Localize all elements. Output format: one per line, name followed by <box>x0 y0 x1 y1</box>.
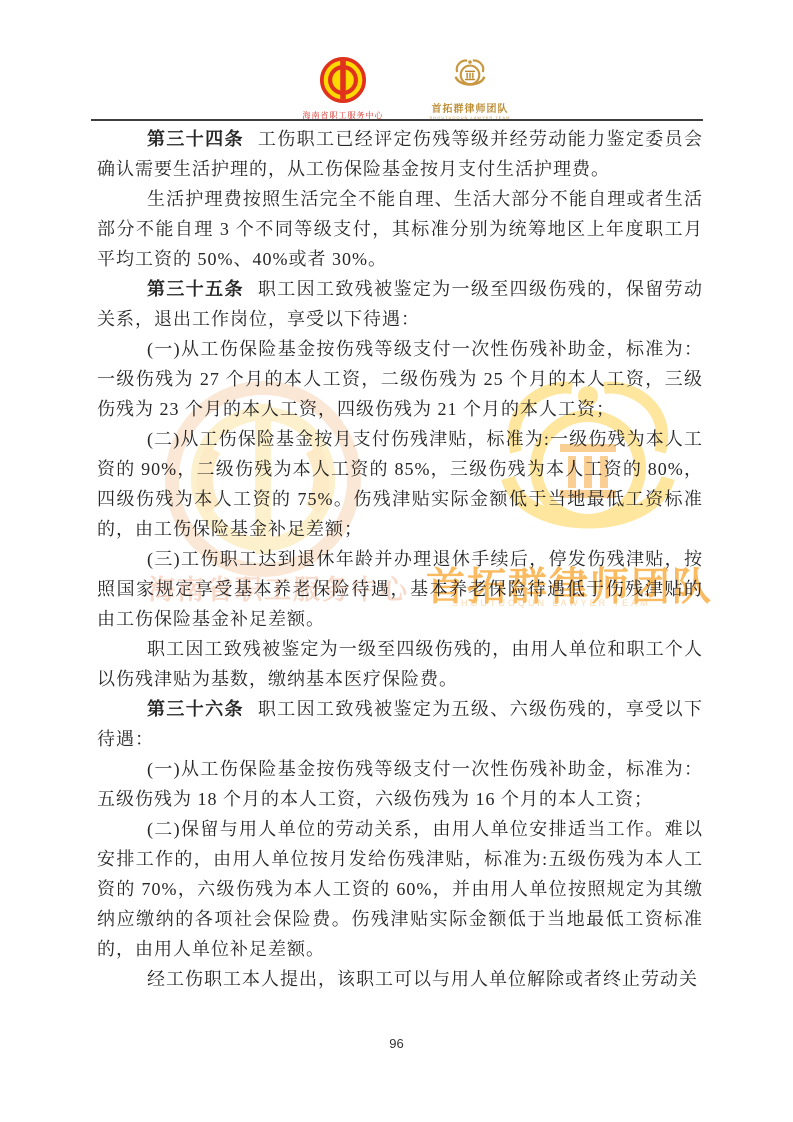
paragraph: (一)从工伤保险基金按伤残等级支付一次性伤残补助金，标准为：五级伤残为 18 个… <box>97 754 703 814</box>
paragraph-text: (一)从工伤保险基金按伤残等级支付一次性伤残补助金，标准为：五级伤残为 18 个… <box>97 759 703 809</box>
right-logo-caption: 首拓群律师团队 <box>418 100 522 115</box>
paragraph: 生活护理费按照生活完全不能自理、生活大部分不能自理或者生活部分不能自理 3 个不… <box>97 184 703 274</box>
document-page: 海南省职工服务中心 首拓群律师团队 SHOUTUOQUN LAWYER TEAM… <box>0 0 793 1122</box>
paragraph: 经工伤职工本人提出，该职工可以与用人单位解除或者终止劳动关 <box>97 964 703 994</box>
paragraph: 职工因工致残被鉴定为一级至四级伤残的，由用人单位和职工个人以伤残津贴为基数，缴纳… <box>97 634 703 694</box>
article-number: 第三十四条 <box>147 129 244 149</box>
paragraph-text: 经工伤职工本人提出，该职工可以与用人单位解除或者终止劳动关 <box>147 969 698 989</box>
paragraph: (三)工伤职工达到退休年龄并办理退休手续后，停发伤残津贴，按照国家规定享受基本养… <box>97 544 703 634</box>
article-body: 第三十四条工伤职工已经评定伤残等级并经劳动能力鉴定委员会确认需要生活护理的，从工… <box>97 124 703 994</box>
paragraph: (二)从工伤保险基金按月支付伤残津贴，标准为:一级伤残为本人工资的 90%，二级… <box>97 424 703 544</box>
paragraph-text: (二)保留与用人单位的劳动关系，由用人单位安排适当工作。难以安排工作的，由用人单… <box>97 819 703 959</box>
article-number: 第三十六条 <box>147 699 244 719</box>
paragraph-text: (一)从工伤保险基金按伤残等级支付一次性伤残补助金，标准为：一级伤残为 27 个… <box>97 339 703 419</box>
paragraph: 第三十六条职工因工致残被鉴定为五级、六级伤残的，享受以下待遇： <box>97 694 703 754</box>
page-number: 96 <box>0 1036 793 1051</box>
paragraph: 第三十四条工伤职工已经评定伤残等级并经劳动能力鉴定委员会确认需要生活护理的，从工… <box>97 124 703 184</box>
paragraph: (二)保留与用人单位的劳动关系，由用人单位安排适当工作。难以安排工作的，由用人单… <box>97 814 703 964</box>
paragraph-text: (三)工伤职工达到退休年龄并办理退休手续后，停发伤残津贴，按照国家规定享受基本养… <box>97 549 703 629</box>
paragraph-text: 职工因工致残被鉴定为一级至四级伤残的，由用人单位和职工个人以伤残津贴为基数，缴纳… <box>97 639 703 689</box>
union-emblem-icon <box>320 57 366 103</box>
paragraph-text: (二)从工伤保险基金按月支付伤残津贴，标准为:一级伤残为本人工资的 90%，二级… <box>97 429 703 539</box>
paragraph: 第三十五条职工因工致残被鉴定为一级至四级伤残的，保留劳动关系，退出工作岗位，享受… <box>97 274 703 334</box>
paragraph-text: 生活护理费按照生活完全不能自理、生活大部分不能自理或者生活部分不能自理 3 个不… <box>97 189 703 269</box>
right-logo-block: 首拓群律师团队 SHOUTUOQUN LAWYER TEAM <box>418 54 522 120</box>
left-logo-block: 海南省职工服务中心 <box>293 57 393 121</box>
header-divider <box>91 119 703 121</box>
article-number: 第三十五条 <box>147 279 244 299</box>
paragraph: (一)从工伤保险基金按伤残等级支付一次性伤残补助金，标准为：一级伤残为 27 个… <box>97 334 703 424</box>
lawyer-team-emblem-icon <box>445 54 495 94</box>
